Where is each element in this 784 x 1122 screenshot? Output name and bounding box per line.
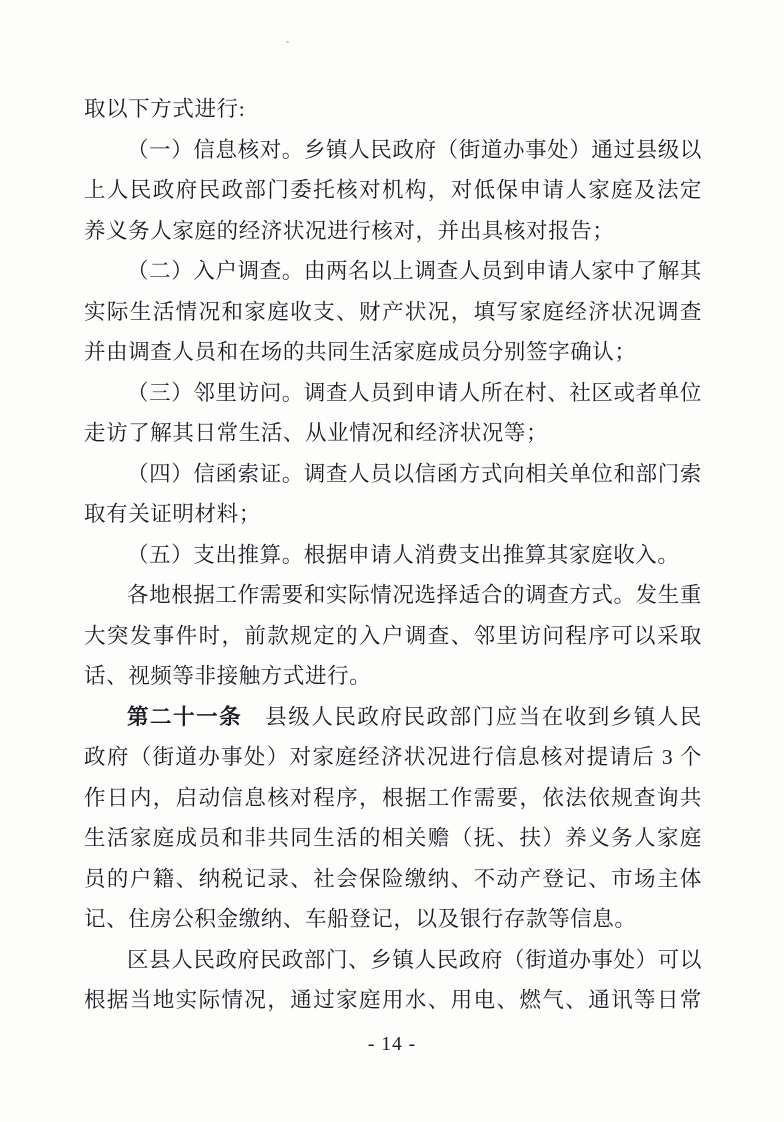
body-text: 实际生活情况和家庭收支、财产状况，填写家庭经济状况调查表，: [84, 300, 702, 333]
page-number: - 14 -: [0, 1031, 784, 1059]
body-text: （一）信息核对。乡镇人民政府（街道办事处）通过县级以: [127, 138, 702, 162]
text-line: 取以下方式进行:: [84, 89, 702, 130]
text-line: （二）入户调查。由两名以上调查人员到申请人家中了解其: [84, 251, 702, 292]
text-line: 作日内，启动信息核对程序，根据工作需要，依法依规查询共同: [84, 778, 702, 819]
text-line: （一）信息核对。乡镇人民政府（街道办事处）通过县级以: [84, 130, 702, 171]
body-text: 养义务人家庭的经济状况进行核对，并出具核对报告；: [84, 219, 614, 243]
text-line: 并由调查人员和在场的共同生活家庭成员分别签字确认；: [84, 332, 702, 373]
body-text: 政府（街道办事处）对家庭经济状况进行信息核对提请后 3 个工: [84, 745, 702, 778]
body-text: 取有关证明材料；: [84, 502, 261, 526]
document-page: 取以下方式进行:（一）信息核对。乡镇人民政府（街道办事处）通过县级以上人民政府民…: [0, 0, 784, 1122]
text-line: 政府（街道办事处）对家庭经济状况进行信息核对提请后 3 个工: [84, 737, 702, 778]
body-text: 各地根据工作需要和实际情况选择适合的调查方式。发生重: [127, 583, 702, 607]
text-line: 走访了解其日常生活、从业情况和经济状况等；: [84, 413, 702, 454]
body-text: 生活家庭成员和非共同生活的相关赡（抚、扶）养义务人家庭成: [84, 826, 702, 859]
body-text: 上人民政府民政部门委托核对机构，对低保申请人家庭及法定供: [84, 178, 702, 211]
scan-artifact-dot: [286, 41, 289, 43]
body-text: 根据当地实际情况，通过家庭用水、用电、燃气、通讯等日常生: [84, 988, 702, 1021]
text-line: 上人民政府民政部门委托核对机构，对低保申请人家庭及法定供: [84, 170, 702, 211]
text-line: 记、住房公积金缴纳、车船登记，以及银行存款等信息。: [84, 899, 702, 940]
text-line: 根据当地实际情况，通过家庭用水、用电、燃气、通讯等日常生: [84, 980, 702, 1021]
document-body: 取以下方式进行:（一）信息核对。乡镇人民政府（街道办事处）通过县级以上人民政府民…: [84, 89, 702, 1021]
body-text: 区县人民政府民政部门、乡镇人民政府（街道办事处）可以: [127, 948, 702, 972]
body-text: 并由调查人员和在场的共同生活家庭成员分别签字确认；: [84, 340, 637, 364]
text-line: 取有关证明材料；: [84, 494, 702, 535]
text-line: 实际生活情况和家庭收支、财产状况，填写家庭经济状况调查表，: [84, 292, 702, 333]
text-line: 话、视频等非接触方式进行。: [84, 656, 702, 697]
body-text: 走访了解其日常生活、从业情况和经济状况等；: [84, 421, 548, 445]
body-text: （三）邻里访问。调查人员到申请人所在村、社区或者单位: [127, 381, 702, 405]
body-text: 记、住房公积金缴纳、车船登记，以及银行存款等信息。: [84, 907, 637, 931]
article-heading-text: 第二十一条: [127, 705, 242, 729]
body-text: 大突发事件时，前款规定的入户调查、邻里访问程序可以采取电: [84, 624, 702, 657]
body-text: 员的户籍、纳税记录、社会保险缴纳、不动产登记、市场主体登: [84, 867, 702, 900]
text-line: 各地根据工作需要和实际情况选择适合的调查方式。发生重: [84, 575, 702, 616]
body-text: 作日内，启动信息核对程序，根据工作需要，依法依规查询共同: [84, 786, 702, 819]
text-line: 生活家庭成员和非共同生活的相关赡（抚、扶）养义务人家庭成: [84, 818, 702, 859]
text-line: 员的户籍、纳税记录、社会保险缴纳、不动产登记、市场主体登: [84, 859, 702, 900]
body-text: 取以下方式进行:: [84, 97, 245, 121]
body-text: 话、视频等非接触方式进行。: [84, 664, 371, 688]
text-line: （五）支出推算。根据申请人消费支出推算其家庭收入。: [84, 535, 702, 576]
text-line: 第二十一条 县级人民政府民政部门应当在收到乡镇人民: [84, 697, 702, 738]
text-line: 养义务人家庭的经济状况进行核对，并出具核对报告；: [84, 211, 702, 252]
body-text: （四）信函索证。调查人员以信函方式向相关单位和部门索: [127, 462, 702, 486]
body-text: 县级人民政府民政部门应当在收到乡镇人民: [242, 705, 702, 729]
text-line: 大突发事件时，前款规定的入户调查、邻里访问程序可以采取电: [84, 616, 702, 657]
body-text: （二）入户调查。由两名以上调查人员到申请人家中了解其: [127, 259, 702, 283]
text-line: （三）邻里访问。调查人员到申请人所在村、社区或者单位: [84, 373, 702, 414]
text-line: 区县人民政府民政部门、乡镇人民政府（街道办事处）可以: [84, 940, 702, 981]
text-line: （四）信函索证。调查人员以信函方式向相关单位和部门索: [84, 454, 702, 495]
body-text: （五）支出推算。根据申请人消费支出推算其家庭收入。: [127, 543, 680, 567]
